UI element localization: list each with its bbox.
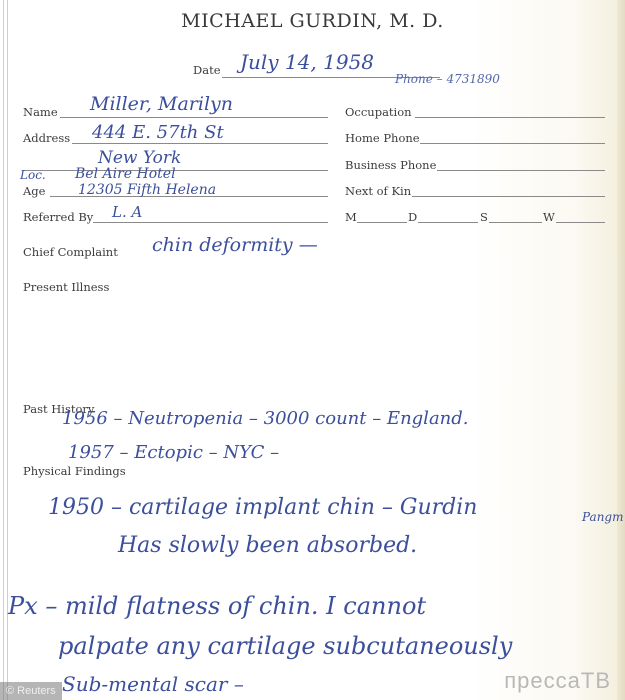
photo-credit: © Reuters (0, 682, 62, 700)
age-value: 12305 Fifth Helena (78, 182, 216, 198)
referred-by-label: Referred By (23, 210, 93, 224)
next-of-kin-rule (412, 196, 605, 197)
marital-s-label: S (480, 210, 488, 224)
chief-complaint-value: chin deformity — (152, 234, 318, 256)
loc-label: Loc. (20, 168, 46, 182)
address-rule (72, 143, 328, 144)
city-value: New York (98, 148, 181, 168)
physical-findings-label: Physical Findings (23, 464, 126, 478)
doctor-name-title: MICHAEL GURDIN, M. D. (0, 10, 625, 32)
referred-by-rule (93, 222, 328, 223)
loc-value: Bel Aire Hotel (75, 166, 176, 182)
marital-m-label: M (345, 210, 357, 224)
marital-d-label: D (408, 210, 417, 224)
margin-note: Pangm (582, 510, 623, 524)
marital-m-rule (357, 222, 407, 223)
address-label: Address (23, 131, 70, 145)
present-illness-label: Present Illness (23, 280, 109, 294)
name-rule (60, 117, 328, 118)
home-phone-label: Home Phone (345, 131, 420, 145)
occupation-rule (415, 117, 605, 118)
physical-findings-line: Px – mild flatness of chin. I cannot (8, 592, 426, 620)
date-label: Date (193, 63, 221, 77)
medical-record-form: MICHAEL GURDIN, M. D. Date July 14, 1958… (0, 0, 625, 700)
home-phone-rule (420, 143, 605, 144)
physical-findings-line: Has slowly been absorbed. (118, 533, 417, 558)
paper-edge (617, 0, 625, 700)
name-label: Name (23, 105, 58, 119)
brand-watermark: прессаТВ (504, 668, 611, 694)
business-phone-label: Business Phone (345, 158, 436, 172)
past-history-line: 1957 – Ectopic – NYC – (68, 442, 279, 463)
next-of-kin-label: Next of Kin (345, 184, 411, 198)
age-label: Age (23, 184, 45, 198)
phone-note: Phone – 4731890 (395, 72, 500, 86)
physical-findings-line: 1950 – cartilage implant chin – Gurdin (48, 495, 477, 520)
marital-w-rule (556, 222, 605, 223)
referred-by-value: L. A (112, 203, 142, 221)
marital-d-rule (418, 222, 478, 223)
marital-w-label: W (543, 210, 555, 224)
name-value: Miller, Marilyn (90, 93, 233, 115)
chief-complaint-label: Chief Complaint (23, 245, 118, 259)
business-phone-rule (437, 170, 605, 171)
physical-findings-line: Sub-mental scar – (62, 672, 244, 696)
occupation-label: Occupation (345, 105, 412, 119)
physical-findings-line: palpate any cartilage subcutaneously (58, 632, 512, 660)
left-border (3, 0, 4, 700)
address-value: 444 E. 57th St (92, 122, 224, 143)
past-history-line: 1956 – Neutropenia – 3000 count – Englan… (62, 408, 469, 429)
marital-s-rule (489, 222, 542, 223)
date-value: July 14, 1958 (240, 50, 374, 74)
